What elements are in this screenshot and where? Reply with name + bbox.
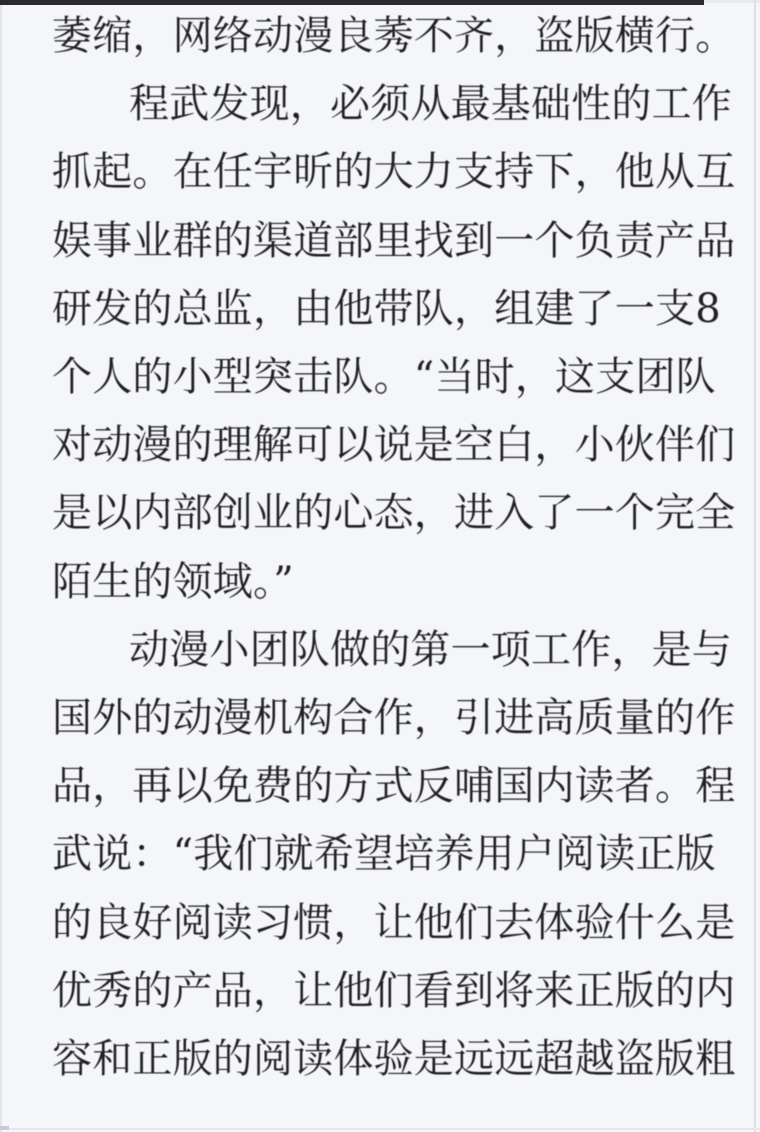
page-edge-right-hairline (754, 0, 756, 1132)
body-text: 萎缩，网络动漫良莠不齐，盗版横行。 程武发现，必须从最基础性的工作 抓起。在任宇… (52, 2, 718, 1093)
text-line: 动漫小团队做的第一项工作，是与 (52, 616, 718, 684)
text-line: 武说：“我们就希望培养用户阅读正版 (52, 820, 718, 888)
text-line: 是以内部创业的心态，进入了一个完全 (52, 479, 718, 547)
text-line: 萎缩，网络动漫良莠不齐，盗版横行。 (52, 2, 718, 70)
text-line: 国外的动漫机构合作，引进高质量的作 (52, 684, 718, 752)
text-line: 对动漫的理解可以说是空白，小伙伴们 (52, 411, 718, 479)
book-page: 萎缩，网络动漫良莠不齐，盗版横行。 程武发现，必须从最基础性的工作 抓起。在任宇… (0, 0, 760, 1132)
page-edge-bottom-hairline (0, 1128, 760, 1130)
text-line: 的良好阅读习惯，让他们去体验什么是 (52, 889, 718, 957)
text-line: 品，再以免费的方式反哺国内读者。程 (52, 752, 718, 820)
text-line: 程武发现，必须从最基础性的工作 (52, 70, 718, 138)
page-edge-left-hairline (0, 0, 2, 1132)
page-edge-bottom-left-mark (0, 1126, 9, 1130)
text-line: 个人的小型突击队。“当时，这支团队 (52, 343, 718, 411)
text-line: 陌生的领域。” (52, 548, 718, 616)
text-line: 抓起。在任宇昕的大力支持下，他从互 (52, 138, 718, 206)
text-line: 研发的总监，由他带队，组建了一支8 (52, 275, 718, 343)
text-line: 优秀的产品，让他们看到将来正版的内 (52, 957, 718, 1025)
text-line: 娱事业群的渠道部里找到一个负责产品 (52, 207, 718, 275)
text-line: 容和正版的阅读体验是远远超越盗版粗 (52, 1025, 718, 1093)
